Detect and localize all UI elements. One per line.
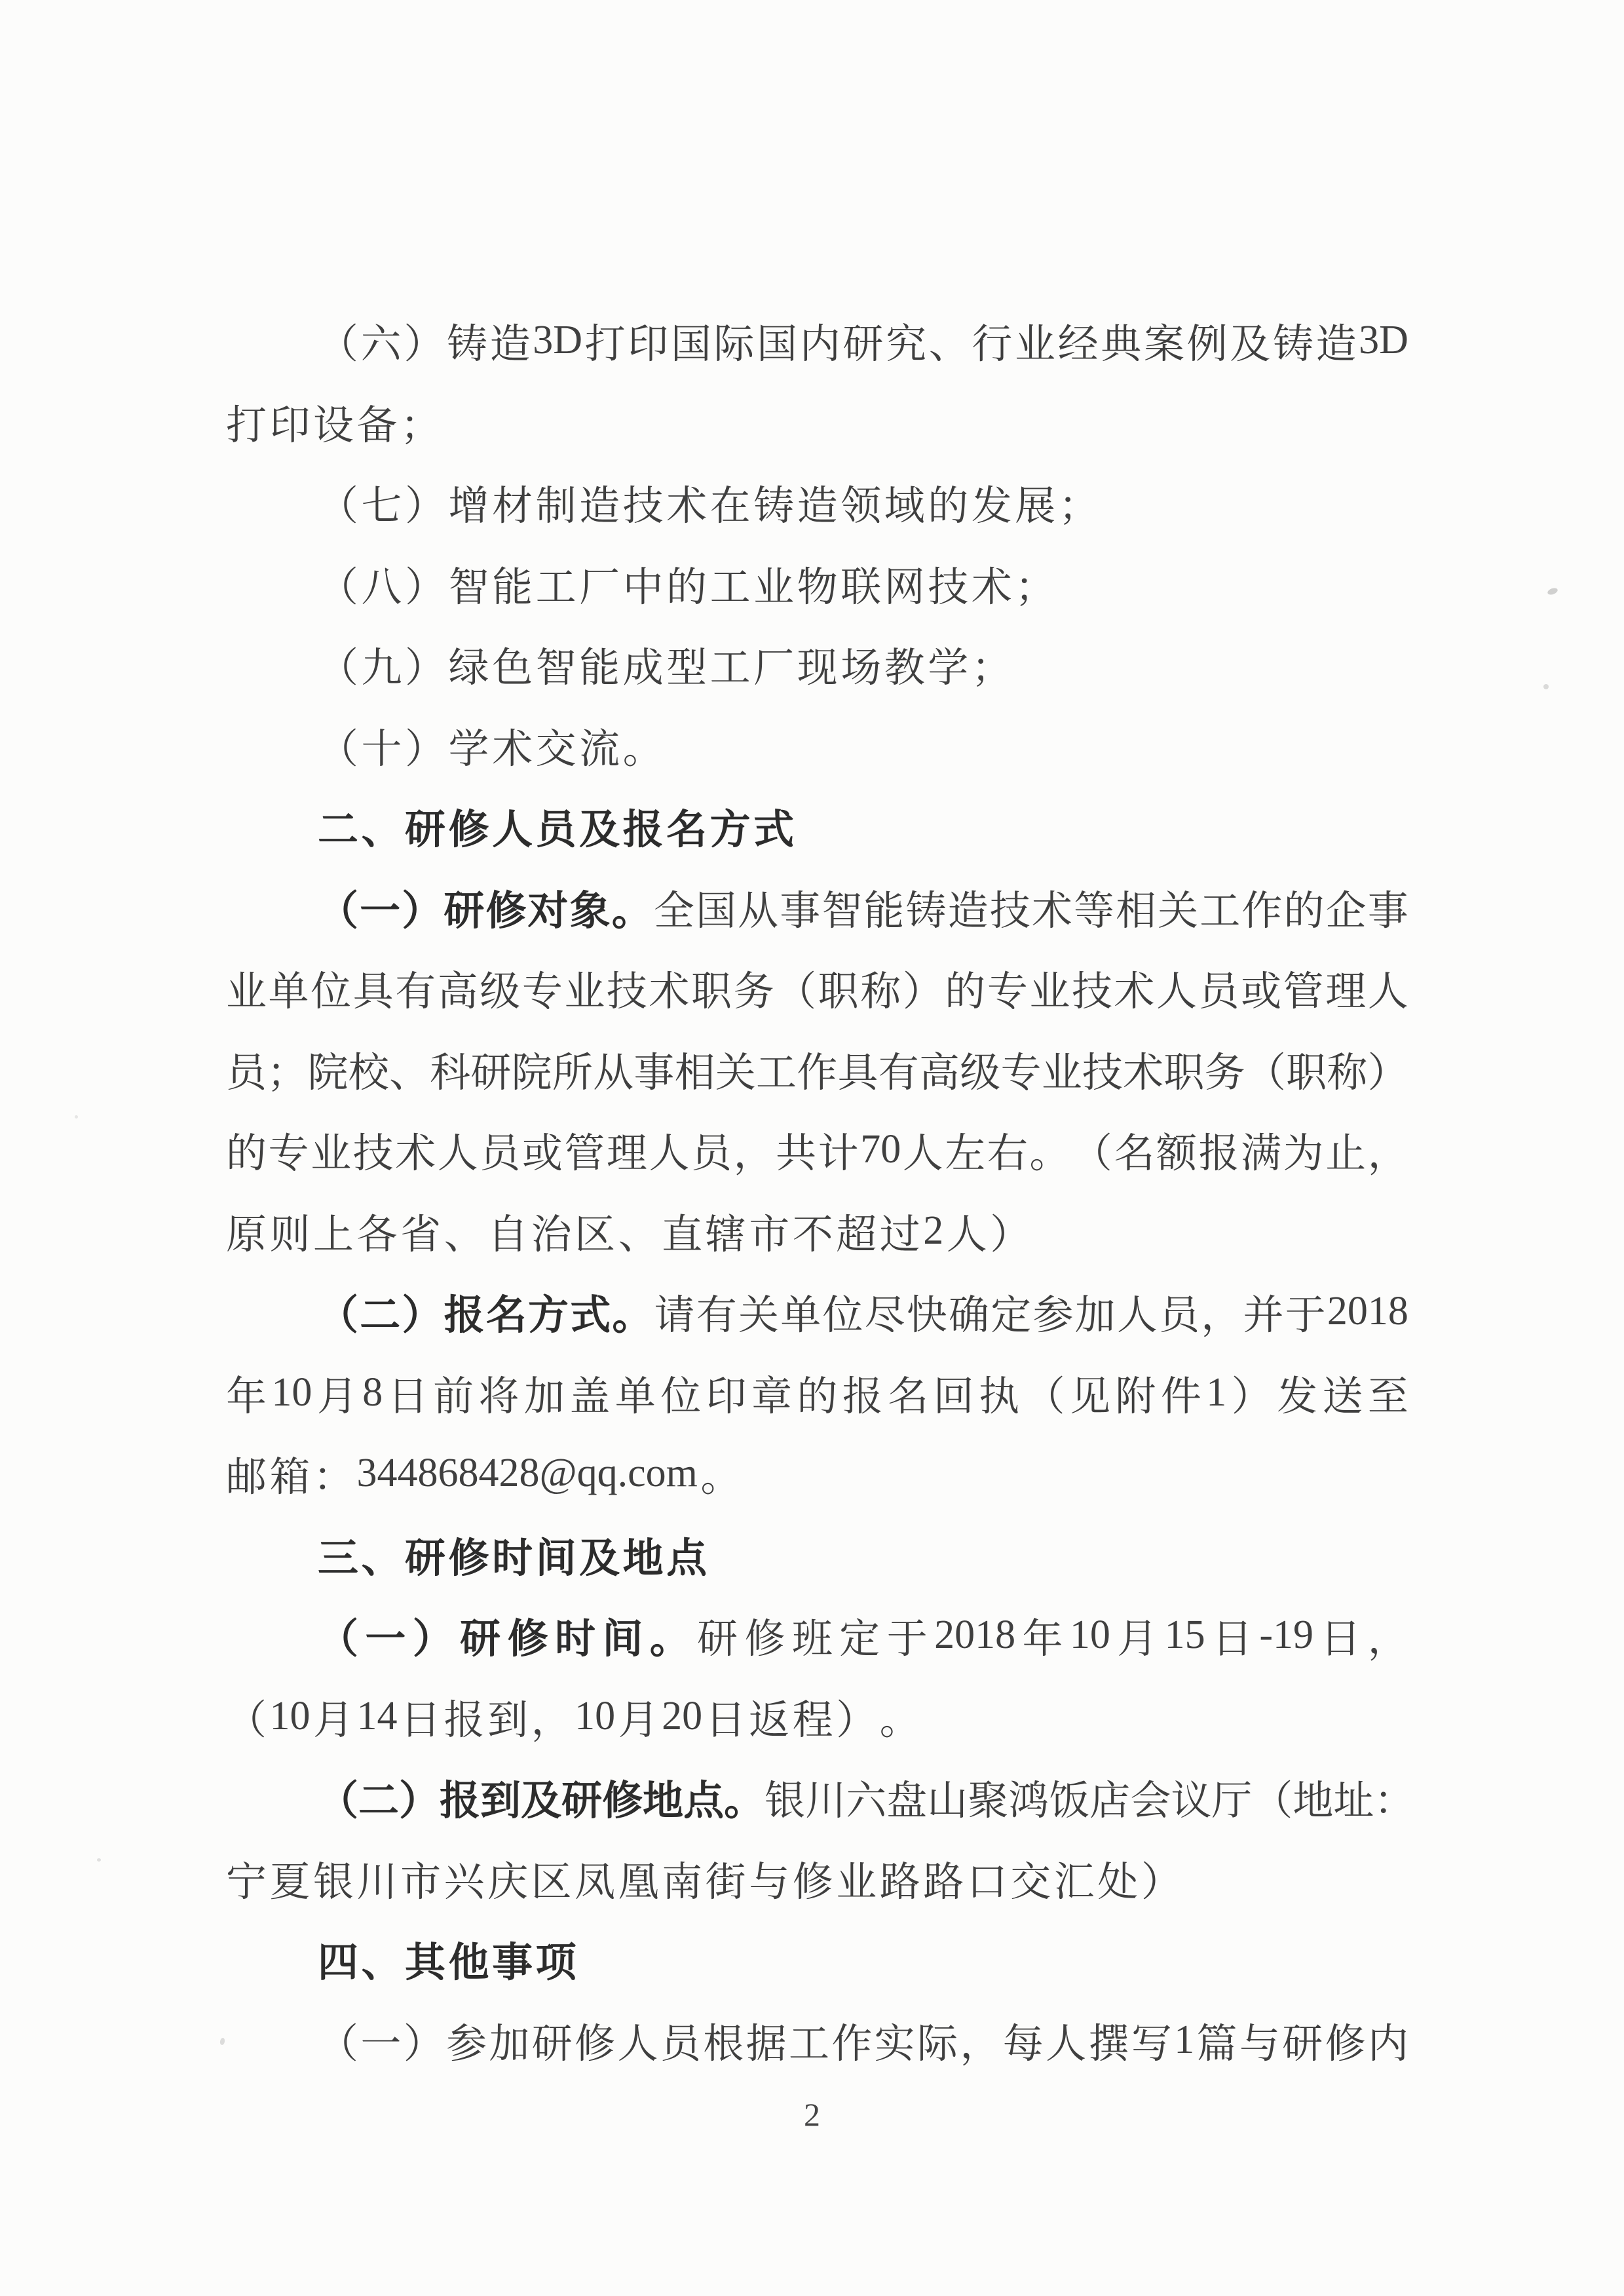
text-token: 员 [691, 1120, 732, 1179]
text-token: 作 [1241, 878, 1282, 936]
text-token: 返 [749, 1687, 789, 1746]
text-token: 有 [395, 959, 436, 1017]
text-token: ） [405, 635, 445, 693]
text-token: 高 [438, 959, 478, 1017]
text-token: 研 [1282, 2011, 1323, 2069]
text-token: 科 [430, 1040, 470, 1098]
text-token: 际 [917, 2011, 958, 2069]
bold-text-token: 方 [710, 797, 751, 855]
text-token: 过 [880, 1202, 920, 1260]
text-token: 10 [271, 1369, 312, 1416]
text-line: 三、研修时间及地点 [226, 1514, 1408, 1596]
text-token: 备 [357, 392, 398, 451]
text-token: 业 [836, 1849, 877, 1907]
text-token: 铸 [447, 311, 487, 370]
text-token: 箱 [270, 1444, 311, 1502]
bold-text-token: （ [318, 1606, 358, 1664]
text-token: 3D [533, 317, 582, 364]
text-token: 八 [362, 554, 402, 613]
text-token: 术 [1114, 959, 1154, 1017]
text-token: 于 [887, 1606, 928, 1664]
text-token: 的 [945, 959, 985, 1017]
text-token: 月 [618, 1687, 659, 1746]
text-token: 、 [618, 1202, 659, 1260]
text-token: 人 [1117, 1282, 1158, 1341]
text-token: 关 [715, 1040, 756, 1098]
bold-text-token: 名 [486, 1282, 527, 1341]
bold-text-token: 地 [623, 1525, 664, 1584]
scan-speckle [75, 1115, 78, 1119]
text-token: 称 [860, 959, 901, 1017]
text-token: 铸 [753, 473, 794, 531]
text-token: ） [990, 1202, 1030, 1260]
text-token: 员 [1159, 1282, 1199, 1341]
text-token: 南 [662, 1849, 702, 1907]
text-token: 相 [1116, 878, 1156, 936]
text-token: 技 [607, 959, 647, 1017]
text-token: 校 [349, 1040, 389, 1098]
text-token: 业 [1042, 1040, 1082, 1098]
text-token: 、 [444, 1202, 485, 1260]
text-token: 专 [269, 1120, 309, 1179]
text-line: （十）学术交流。 [226, 705, 1408, 786]
text-token: 路 [923, 1849, 964, 1907]
bold-text-token: 式 [753, 797, 794, 855]
text-token: 件 [1161, 1364, 1201, 1422]
text-token: ） [903, 959, 943, 1017]
text-token: 业 [1015, 311, 1055, 370]
text-token: 超 [836, 1202, 877, 1260]
text-token: 等 [1074, 878, 1114, 936]
text-token: 年 [1022, 1606, 1063, 1664]
text-token: 月 [313, 1687, 354, 1746]
text-token: 企 [1326, 878, 1367, 936]
scan-speckle [97, 1858, 101, 1862]
text-token: 国 [696, 878, 736, 936]
text-token: （ [226, 1687, 267, 1746]
text-token: 鸿 [1008, 1768, 1049, 1826]
text-token: 1 [1206, 1369, 1226, 1416]
text-token: 计 [818, 1120, 859, 1179]
document-body: （六）铸造3D打印国际国内研究、行业经典案例及铸造3D打印设备；（七）增材制造技… [226, 300, 1408, 2080]
text-token: 国 [757, 311, 797, 370]
text-line: （九）绿色智能成型工厂现场教学； [226, 624, 1408, 705]
text-token: 研 [470, 1040, 511, 1098]
bold-text-token: 修 [602, 1768, 643, 1826]
bold-text-token: 研 [460, 1606, 500, 1664]
text-token: 加 [489, 2011, 529, 2069]
text-token: ） [1232, 1364, 1272, 1422]
text-token: 打 [226, 392, 267, 451]
text-token: （ [1072, 1120, 1112, 1179]
text-token: 定 [991, 1282, 1031, 1341]
text-token: 业 [564, 959, 605, 1017]
text-token: 专 [1000, 1040, 1041, 1098]
text-token: 日 [400, 1687, 441, 1746]
text-token: 发 [972, 473, 1012, 531]
text-token: 写 [1131, 2011, 1172, 2069]
text-token: 研 [842, 311, 883, 370]
text-line: （二）报名方式。请有关单位尽快确定参加人员，并于2018 [226, 1271, 1408, 1352]
text-token: 8 [362, 1369, 383, 1416]
text-token: 印 [628, 311, 668, 370]
text-token: 见 [1070, 1364, 1110, 1422]
text-token: 人 [1156, 959, 1197, 1017]
text-token: 专 [987, 959, 1028, 1017]
text-line: 业单位具有高级专业技术职务（职称）的专业技术人员或管理人 [226, 947, 1408, 1029]
text-line: 原则上各省、自治区、直辖市不超过2人） [226, 1191, 1408, 1272]
bold-text-token: 、 [362, 797, 402, 855]
text-token: 省 [400, 1202, 441, 1260]
text-token: 职 [1286, 1040, 1327, 1098]
bold-text-token: 点 [666, 1525, 707, 1584]
bold-text-token: 研 [405, 1525, 445, 1584]
text-token: 印 [706, 1364, 747, 1422]
text-token: 制 [536, 473, 576, 531]
text-token: 一 [360, 2011, 401, 2069]
bold-text-token: 、 [362, 1930, 402, 1988]
text-token: 尽 [865, 1282, 905, 1341]
text-token: 人 [903, 1120, 943, 1179]
text-line: （六）铸造3D打印国际国内研究、行业经典案例及铸造3D [226, 300, 1408, 381]
text-token: 治 [531, 1202, 572, 1260]
bold-text-token: ） [402, 1282, 442, 1341]
text-token: 域 [884, 473, 925, 531]
text-token: ： [313, 1444, 354, 1502]
text-token: ； [1015, 554, 1055, 613]
text-token: 撰 [1088, 2011, 1129, 2069]
text-token: 管 [1283, 959, 1324, 1017]
text-token: 智 [821, 878, 862, 936]
text-token: 理 [1325, 959, 1366, 1017]
text-token: 程 [793, 1687, 833, 1746]
text-token: 专 [522, 959, 563, 1017]
text-token: 日 [388, 1364, 428, 1422]
text-token: （ [1252, 1768, 1293, 1826]
text-token: 凰 [618, 1849, 659, 1907]
scan-speckle [219, 2037, 225, 2045]
text-token: 六 [361, 311, 402, 370]
text-token: 70 [860, 1126, 901, 1173]
text-token: 根 [703, 2011, 744, 2069]
text-token: 术 [649, 959, 689, 1017]
text-token: 材 [492, 473, 533, 531]
bold-text-token: 人 [492, 797, 533, 855]
text-token: 院 [512, 1040, 552, 1098]
text-token: 交 [1010, 1849, 1051, 1907]
text-token: 成 [623, 635, 664, 693]
text-token: 川 [357, 1849, 398, 1907]
text-token: 加 [524, 1364, 565, 1422]
text-token: 工 [710, 554, 751, 613]
text-token: 智 [449, 554, 489, 613]
text-token: ） [836, 1687, 877, 1746]
text-token: 现 [797, 635, 838, 693]
text-token: 报 [444, 1687, 485, 1746]
text-token: ， [734, 1120, 774, 1179]
bold-text-token: 修 [508, 1606, 548, 1664]
text-token: 务 [1205, 1040, 1245, 1098]
text-token: 议 [1171, 1768, 1211, 1826]
text-token: 人 [618, 2011, 658, 2069]
bold-text-token: 一 [365, 1606, 406, 1664]
text-line: 年10月8日前将加盖单位印章的报名回执（见附件1）发送至 [226, 1352, 1408, 1434]
bold-text-token: 二 [358, 1768, 399, 1826]
text-token: 经 [1058, 311, 1099, 370]
text-token: 至 [1368, 1364, 1408, 1422]
bold-text-token: 对 [528, 878, 569, 936]
text-token: 日 [1212, 1606, 1253, 1664]
bold-text-token: 方 [528, 1282, 569, 1341]
text-token: 日 [706, 1687, 746, 1746]
bold-text-token: 二 [318, 797, 358, 855]
text-token: 增 [449, 473, 489, 531]
scan-speckle [1543, 684, 1549, 689]
text-token: 事 [633, 1040, 674, 1098]
bold-text-token: 。 [724, 1768, 765, 1826]
text-token: 内 [800, 311, 840, 370]
bold-text-token: 象 [570, 878, 611, 936]
text-token: 技 [928, 554, 968, 613]
text-token: （ [318, 2011, 358, 2069]
text-token: 月 [1117, 1606, 1158, 1664]
text-token: 参 [1032, 1282, 1073, 1341]
text-token: ， [1368, 1606, 1408, 1664]
text-token: 快 [907, 1282, 947, 1341]
text-line: 宁夏银川市兴庆区凤凰南街与修业路路口交汇处） [226, 1838, 1408, 1919]
text-token: 。 [880, 1687, 920, 1746]
text-line: 二、研修人员及报名方式 [226, 786, 1408, 867]
text-token: 1 [1174, 2017, 1194, 2063]
text-token: 10 [270, 1693, 311, 1740]
scan-speckle [1547, 587, 1558, 596]
text-token: 参 [446, 2011, 487, 2069]
text-token: 满 [1241, 1120, 1281, 1179]
text-token: 。 [1029, 1120, 1070, 1179]
text-token: 关 [738, 1282, 779, 1341]
text-token: 联 [840, 554, 881, 613]
text-token: 技 [1072, 959, 1112, 1017]
text-token: 技 [990, 878, 1030, 936]
text-token: 左 [945, 1120, 985, 1179]
text-token: 有 [696, 1282, 737, 1341]
text-token: 展 [1015, 473, 1055, 531]
text-token: 与 [1239, 2011, 1280, 2069]
bold-text-token: 时 [492, 1525, 533, 1584]
text-token: 定 [839, 1606, 880, 1664]
text-token: 报 [842, 1364, 883, 1422]
text-token: 案 [1144, 311, 1184, 370]
text-token: 修 [745, 1606, 785, 1664]
text-token: ） [404, 311, 444, 370]
bold-text-token: 修 [485, 878, 526, 936]
text-token: 15 [1165, 1612, 1205, 1658]
bold-text-token: 其 [405, 1930, 445, 1988]
text-token: 原 [226, 1202, 267, 1260]
text-token: 单 [780, 1282, 821, 1341]
text-token: 人 [1368, 959, 1408, 1017]
text-token: 、 [389, 1040, 430, 1098]
bold-text-token: 修 [449, 1525, 489, 1584]
text-token: 业 [753, 554, 794, 613]
bold-text-token: 及 [521, 1768, 561, 1826]
text-token: 级 [960, 1040, 1000, 1098]
text-token: 聚 [968, 1768, 1008, 1826]
text-token: 学 [928, 635, 968, 693]
text-line: （一）研修对象。全国从事智能铸造技术等相关工作的企事 [226, 867, 1408, 948]
text-token: ） [405, 716, 445, 775]
text-token: 执 [979, 1364, 1019, 1422]
text-token: 宁 [226, 1849, 267, 1907]
text-token: 名 [1114, 1120, 1154, 1179]
text-token: 九 [362, 635, 402, 693]
text-line: 邮箱：344868428@qq.com。 [226, 1433, 1408, 1514]
bold-text-token: 报 [623, 797, 664, 855]
text-token: ， [960, 2011, 1000, 2069]
text-token: 学 [449, 716, 489, 775]
text-token: 职 [818, 959, 859, 1017]
text-token: 人 [438, 1120, 478, 1179]
text-token: 修 [1325, 2011, 1366, 2069]
bold-text-token: 四 [318, 1930, 358, 1988]
bold-text-token: 修 [449, 797, 489, 855]
text-token: 附 [1115, 1364, 1156, 1422]
bold-text-token: 事 [492, 1930, 533, 1988]
text-token: 物 [797, 554, 838, 613]
text-token: ， [1201, 1282, 1241, 1341]
text-token: 管 [564, 1120, 605, 1179]
text-token: 全 [654, 878, 694, 936]
bold-text-token: （ [318, 1282, 358, 1341]
bold-text-token: 研 [444, 878, 484, 936]
bold-text-token: 二 [360, 1282, 400, 1341]
text-token: 据 [746, 2011, 787, 2069]
text-token: 庆 [487, 1849, 528, 1907]
text-token: 铸 [1273, 311, 1313, 370]
bold-text-token: 到 [480, 1768, 521, 1826]
text-token: 在 [710, 473, 751, 531]
text-token: （ [318, 473, 358, 531]
text-token: 绿 [449, 635, 489, 693]
text-token: 的 [928, 473, 968, 531]
text-token: 造 [579, 473, 620, 531]
text-token: 位 [660, 1364, 701, 1422]
text-token: 内 [1368, 2011, 1408, 2069]
text-token: 术 [1032, 878, 1072, 936]
text-line: （一）研修时间。研修班定于2018年10月15日-19日， [226, 1595, 1408, 1676]
text-token: 川 [805, 1768, 846, 1826]
text-token: 作 [797, 1040, 837, 1098]
bold-text-token: ） [399, 1768, 440, 1826]
text-token: 铸 [906, 878, 947, 936]
bold-text-token: 报 [440, 1768, 480, 1826]
text-token: 盖 [569, 1364, 610, 1422]
text-token: 人 [947, 1202, 987, 1260]
text-token: 自 [487, 1202, 528, 1260]
text-token: 级 [480, 959, 520, 1017]
text-token: 位 [822, 1282, 863, 1341]
text-token: ： [1374, 1768, 1414, 1826]
text-token: （ [1025, 1364, 1065, 1422]
text-token: 处 [1097, 1849, 1138, 1907]
text-token: 单 [615, 1364, 656, 1422]
text-token: 厂 [579, 554, 620, 613]
text-token: 究 [886, 311, 926, 370]
text-line: 员；院校、科研院所从事相关工作具有高级专业技术职务（职称） [226, 1029, 1408, 1110]
text-line: 打印设备； [226, 381, 1408, 463]
text-token: ） [405, 554, 445, 613]
text-token: 人 [649, 1120, 689, 1179]
text-token: 则 [270, 1202, 311, 1260]
text-token: 工 [1199, 878, 1240, 936]
text-token: 章 [751, 1364, 792, 1422]
text-token: 从 [593, 1040, 633, 1098]
text-token: -19 [1259, 1612, 1313, 1658]
text-token: 区 [531, 1849, 572, 1907]
text-token: 术 [492, 716, 533, 775]
text-token: 发 [1277, 1364, 1317, 1422]
text-line: （一）参加研修人员根据工作实际，每人撰写1篇与研修内 [226, 2000, 1408, 2081]
bold-text-token: 项 [536, 1930, 576, 1988]
text-token: 厅 [1211, 1768, 1252, 1826]
text-token: 国 [671, 311, 711, 370]
text-token: 凤 [575, 1849, 615, 1907]
text-token: 领 [840, 473, 881, 531]
text-token: 术 [395, 1120, 436, 1179]
text-token: 术 [972, 554, 1012, 613]
text-token: 十 [362, 716, 402, 775]
text-token: 前 [433, 1364, 474, 1422]
text-token: ） [404, 2011, 444, 2069]
text-token: 业 [1029, 959, 1070, 1017]
text-token: 造 [948, 878, 989, 936]
bold-text-token: 、 [362, 1525, 402, 1584]
text-token: 街 [706, 1849, 746, 1907]
text-token: 中 [623, 554, 664, 613]
text-token: 上 [313, 1202, 354, 1260]
text-token: 汇 [1054, 1849, 1095, 1907]
text-token: 关 [1158, 878, 1198, 936]
text-token: 送 [1323, 1364, 1363, 1422]
bold-text-token: 一 [360, 878, 400, 936]
text-token: 山 [927, 1768, 968, 1826]
text-token: 位 [311, 959, 351, 1017]
text-token: 从 [738, 878, 778, 936]
text-token: 2 [923, 1208, 943, 1254]
text-token: 2018 [934, 1612, 1015, 1658]
text-token: 10 [575, 1693, 615, 1740]
text-token: （ [318, 554, 358, 613]
text-token: 智 [536, 635, 576, 693]
text-token: 2018 [1327, 1288, 1408, 1335]
text-token: 口 [967, 1849, 1008, 1907]
text-token: 或 [522, 1120, 563, 1179]
text-token: 工 [710, 635, 751, 693]
text-token: 术 [1123, 1040, 1163, 1098]
text-token: 银 [765, 1768, 805, 1826]
text-token: 工 [536, 554, 576, 613]
text-token: 印 [270, 392, 311, 451]
text-line: （二）报到及研修地点。银川六盘山聚鸿饭店会议厅（地址： [226, 1757, 1408, 1838]
text-token: ， [531, 1687, 572, 1746]
text-token: 技 [1082, 1040, 1123, 1098]
text-token: ； [1059, 473, 1099, 531]
text-token: 将 [479, 1364, 519, 1422]
text-token: 院 [307, 1040, 348, 1098]
text-token: 并 [1243, 1282, 1283, 1341]
text-token: 务 [734, 959, 774, 1017]
text-token: 具 [353, 959, 394, 1017]
